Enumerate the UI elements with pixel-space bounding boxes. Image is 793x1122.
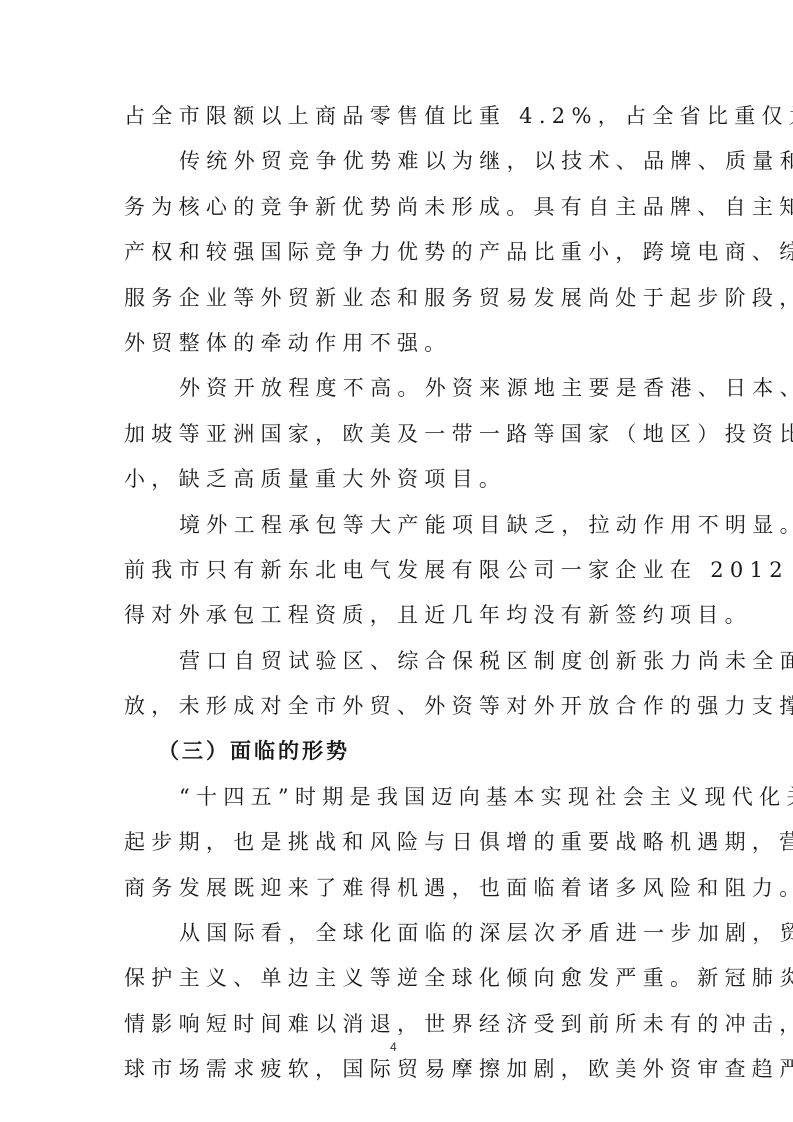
paragraph-start: 传统外贸竞争优势难以为继，以技术、品牌、质量和服 — [124, 143, 676, 188]
text-line: 得对外承包工程资质，且近几年均没有新签约项目。 — [124, 597, 676, 642]
paragraph-start: 从国际看，全球化面临的深层次矛盾进一步加剧，贸易 — [124, 915, 676, 960]
text-line: 球市场需求疲软，国际贸易摩擦加剧，欧美外资审查趋严， — [124, 1051, 676, 1096]
text-line: 情影响短时间难以消退，世界经济受到前所未有的冲击，全 — [124, 1006, 676, 1051]
text-line: 前我市只有新东北电气发展有限公司一家企业在 2012 年获 — [124, 552, 676, 597]
paragraph-start: 外资开放程度不高。外资来源地主要是香港、日本、新 — [124, 370, 676, 415]
text-line: 占全市限额以上商品零售值比重 4.2%，占全省比重仅为 1%。 — [124, 98, 676, 143]
text-line: 服务企业等外贸新业态和服务贸易发展尚处于起步阶段，对 — [124, 280, 676, 325]
paragraph-start: 营口自贸试验区、综合保税区制度创新张力尚未全面释 — [124, 643, 676, 688]
paragraph-start: 境外工程承包等大产能项目缺乏，拉动作用不明显。目 — [124, 507, 676, 552]
document-page: 占全市限额以上商品零售值比重 4.2%，占全省比重仅为 1%。 传统外贸竞争优势… — [124, 98, 676, 1097]
paragraph-start: “十四五”时期是我国迈向基本实现社会主义现代化关键 — [124, 779, 676, 824]
text-line: 起步期，也是挑战和风险与日俱增的重要战略机遇期，营口 — [124, 824, 676, 869]
text-line: 加坡等亚洲国家，欧美及一带一路等国家（地区）投资比例 — [124, 416, 676, 461]
page-number: 4 — [390, 1040, 397, 1054]
text-line: 商务发展既迎来了难得机遇，也面临着诸多风险和阻力。 — [124, 870, 676, 915]
text-line: 放，未形成对全市外贸、外资等对外开放合作的强力支撑。 — [124, 688, 676, 733]
text-line: 保护主义、单边主义等逆全球化倾向愈发严重。新冠肺炎疫 — [124, 960, 676, 1005]
text-line: 外贸整体的牵动作用不强。 — [124, 325, 676, 370]
text-line: 务为核心的竞争新优势尚未形成。具有自主品牌、自主知识 — [124, 189, 676, 234]
section-heading: （三）面临的形势 — [124, 733, 676, 778]
text-line: 小，缺乏高质量重大外资项目。 — [124, 461, 676, 506]
text-line: 产权和较强国际竞争力优势的产品比重小，跨境电商、综合 — [124, 234, 676, 279]
